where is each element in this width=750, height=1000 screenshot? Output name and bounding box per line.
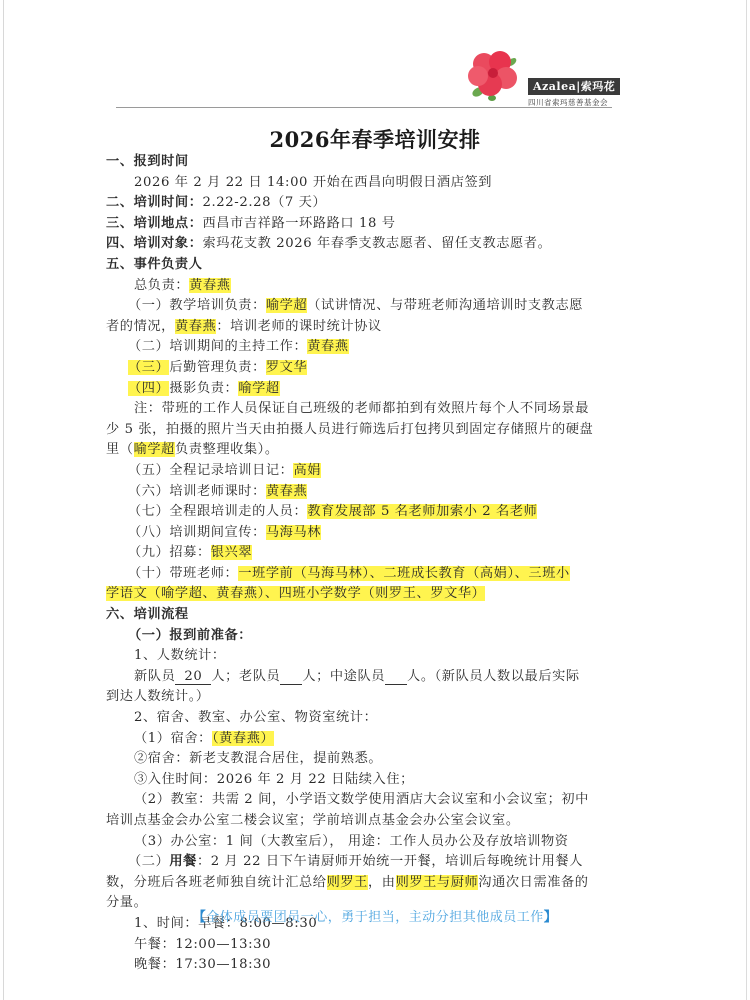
footer-slogan: 【全体成员要团员一心，勇于担当，主动分担其他成员工作】 — [0, 906, 750, 925]
logo: Azalea|索玛花 四川省索玛慈善基金会 — [466, 48, 666, 108]
role-name: 罗文华 — [266, 360, 307, 375]
note-line-1: 注：带班的工作人员保证自己班级的老师都拍到有效照片每个人不同场景最 — [106, 399, 646, 420]
role-item-9: （九）招募：银兴翠 — [106, 543, 646, 564]
role-name: 黄春燕 — [266, 484, 307, 499]
count-line: 新队员20人；老队员 人；中途队员 人。（新队员人数以最后实际 — [106, 667, 646, 688]
section-5-heading: 五、事件负责人 — [106, 255, 646, 276]
role-label: 招募： — [169, 545, 210, 560]
section-1-heading: 一、报到时间 — [106, 152, 646, 173]
role-item-10-cont: 学语文（喻学超、黄春燕）、四班小学数学（则罗王、罗文华） — [106, 584, 646, 605]
role-name: 马海马林 — [266, 525, 321, 540]
document-body: 一、报到时间 2026 年 2 月 22 日 14:00 开始在西昌向明假日酒店… — [106, 152, 646, 976]
document-title: 2026年春季培训安排 — [0, 124, 750, 154]
dorm-label: （1）宿舍： — [134, 731, 212, 746]
note-name: 喻学超 — [134, 442, 175, 457]
role-item-4: （四）摄影负责：喻学超 — [106, 379, 646, 400]
meal-line-1: （二）用餐：2 月 22 日下午请厨师开始统一开餐，培训后每晚统计用餐人 — [106, 852, 646, 873]
role-num: （二） — [128, 339, 169, 354]
section-3-heading: 三、培训地点： — [106, 216, 203, 231]
meal-text: ：2 月 22 日下午请厨师开始统一开餐，培训后每晚统计用餐人 — [197, 854, 583, 869]
bracket-close: 】 — [544, 910, 558, 925]
count-text: 新队员 — [134, 669, 175, 684]
count-line-2: 到达人数统计。） — [106, 687, 646, 708]
new-member-count: 20 — [175, 669, 211, 685]
logo-brand: Azalea|索玛花 — [528, 78, 620, 95]
role-num: （七） — [128, 504, 169, 519]
note-line-2: 少 5 张，拍摄的照片当天由拍摄人员进行筛选后打包拷贝到固定存储照片的硬盘 — [106, 420, 646, 441]
general-lead-label: 总负责： — [134, 278, 189, 293]
role-label: 带班老师： — [169, 566, 238, 581]
lunch-time: 午餐：12:00—13:30 — [106, 935, 646, 956]
section-2-heading: 二、培训时间： — [106, 195, 203, 210]
role-num: （十） — [128, 566, 169, 581]
meal-label: 用餐 — [169, 854, 197, 869]
role-item-6: （六）培训老师课时：黄春燕 — [106, 482, 646, 503]
section-1-text: 2026 年 2 月 22 日 14:00 开始在西昌向明假日酒店签到 — [106, 173, 646, 194]
role-label: 培训老师课时： — [169, 484, 266, 499]
role-name: 高娟 — [293, 463, 321, 478]
role-num: （六） — [128, 484, 169, 499]
role-num: （九） — [128, 545, 169, 560]
meal-text: 数，分班后各班老师独自统计汇总给 — [106, 875, 327, 890]
role-label: 培训期间的主持工作： — [169, 339, 307, 354]
midway-member-blank — [385, 669, 407, 685]
role-item-2: （二）培训期间的主持工作：黄春燕 — [106, 337, 646, 358]
classroom-line-1: （2）教室：共需 2 间，小学语文数学使用酒店大会议室和小会议室；初中 — [106, 790, 646, 811]
role-label: 培训期间宣传： — [169, 525, 266, 540]
count-text: 人；中途队员 — [302, 669, 385, 684]
section-3-text: 西昌市吉祥路一环路路口 18 号 — [203, 216, 396, 231]
role-label: 全程记录培训日记： — [169, 463, 293, 478]
section-2-text: 2.22-2.28（7 天） — [203, 195, 327, 210]
bracket-open: 【 — [193, 910, 207, 925]
role-item-5: （五）全程记录培训日记：高娟 — [106, 461, 646, 482]
role-item-1: （一）教学培训负责：喻学超（试讲情况、与带班老师沟通培训时支教志愿 — [106, 296, 646, 317]
role-label: 全程跟培训走的人员： — [169, 504, 307, 519]
section-4: 四、培训对象：索玛花支教 2026 年春季支教志愿者、留任支教志愿者。 — [106, 234, 646, 255]
role-name: 喻学超 — [238, 381, 279, 396]
role-detail-2: ：培训老师的课时统计协议 — [216, 319, 381, 334]
meal-lead-chef: 则罗王与厨师 — [396, 875, 479, 890]
role-name: 黄春燕 — [307, 339, 348, 354]
role-name-2: 黄春燕 — [175, 319, 216, 334]
note-text: 负责整理收集）。 — [175, 442, 279, 457]
office-line: （3）办公室：1 间（大教室后）， 用途：工作人员办公及存放培训物资 — [106, 832, 646, 853]
role-name: 喻学超 — [266, 298, 307, 313]
rooms-title: 2、宿舍、教室、办公室、物资室统计： — [106, 708, 646, 729]
role-num: （一） — [128, 298, 169, 313]
dinner-time: 晚餐：17:30—18:30 — [106, 955, 646, 976]
section-2: 二、培训时间：2.22-2.28（7 天） — [106, 193, 646, 214]
meal-num: （二） — [128, 854, 169, 869]
role-item-3: （三）后勤管理负责：罗文华 — [106, 358, 646, 379]
count-text: 人；老队员 — [211, 669, 280, 684]
role-item-1-cont: 者的情况，黄春燕：培训老师的课时统计协议 — [106, 317, 646, 338]
section-4-text: 索玛花支教 2026 年春季支教志愿者、留任支教志愿者。 — [203, 236, 552, 251]
section-3: 三、培训地点：西昌市吉祥路一环路路口 18 号 — [106, 214, 646, 235]
role-detail: （试讲情况、与带班老师沟通培训时支教志愿 — [307, 298, 583, 313]
role-item-8: （八）培训期间宣传：马海马林 — [106, 523, 646, 544]
note-text: 里（ — [106, 442, 134, 457]
section-6-heading: 六、培训流程 — [106, 605, 646, 626]
header-divider — [116, 107, 612, 108]
role-label: 后勤管理负责： — [169, 360, 266, 375]
logo-brand-cn: 索玛花 — [581, 80, 616, 93]
role-num: （四） — [128, 381, 169, 396]
meal-text: ，由 — [368, 875, 396, 890]
role-label: 摄影负责： — [169, 381, 238, 396]
meal-text: 沟通次日需准备的 — [478, 875, 588, 890]
note-line-3: 里（喻学超负责整理收集）。 — [106, 440, 646, 461]
role-label: 教学培训负责： — [169, 298, 266, 313]
role-detail-cont: 者的情况， — [106, 319, 175, 334]
count-title: 1、人数统计： — [106, 646, 646, 667]
classroom-line-2: 培训点基金会办公室二楼会议室；学前培训点基金会办公室会议室。 — [106, 811, 646, 832]
logo-brand-en: Azalea — [533, 80, 576, 93]
role-num: （五） — [128, 463, 169, 478]
role-name-cont: 学语文（喻学超、黄春燕）、四班小学数学（则罗王、罗文华） — [106, 586, 485, 601]
general-lead-name: 黄春燕 — [189, 278, 230, 293]
dorm-line-2: ②宿舍：新老支教混合居住，提前熟悉。 — [106, 749, 646, 770]
role-num: （八） — [128, 525, 169, 540]
role-name: 一班学前（马海马林）、二班成长教育（高娟）、三班小 — [238, 566, 570, 581]
dorm-line: （1）宿舍：（黄春燕） — [106, 729, 646, 750]
dorm-line-3: ③入住时间：2026 年 2 月 22 日陆续入住； — [106, 770, 646, 791]
role-name: 教育发展部 5 名老师加索小 2 名老师 — [307, 504, 537, 519]
azalea-flower-icon — [466, 48, 520, 102]
old-member-blank — [280, 669, 302, 685]
dorm-lead: （黄春燕） — [212, 731, 274, 746]
section-4-heading: 四、培训对象： — [106, 236, 203, 251]
meal-line-2: 数，分班后各班老师独自统计汇总给则罗王，由则罗王与厨师沟通次日需准备的 — [106, 873, 646, 894]
meal-lead: 则罗王 — [327, 875, 368, 890]
role-name: 银兴翠 — [211, 545, 252, 560]
role-num: （三） — [128, 360, 169, 375]
general-lead: 总负责：黄春燕 — [106, 276, 646, 297]
count-text: 人。（新队员人数以最后实际 — [407, 669, 580, 684]
role-item-10: （十）带班老师：一班学前（马海马林）、二班成长教育（高娟）、三班小 — [106, 564, 646, 585]
sub-1-heading: （一）报到前准备： — [106, 626, 646, 647]
slogan-text: 全体成员要团员一心，勇于担当，主动分担其他成员工作 — [206, 910, 544, 925]
role-item-7: （七）全程跟培训走的人员：教育发展部 5 名老师加索小 2 名老师 — [106, 502, 646, 523]
